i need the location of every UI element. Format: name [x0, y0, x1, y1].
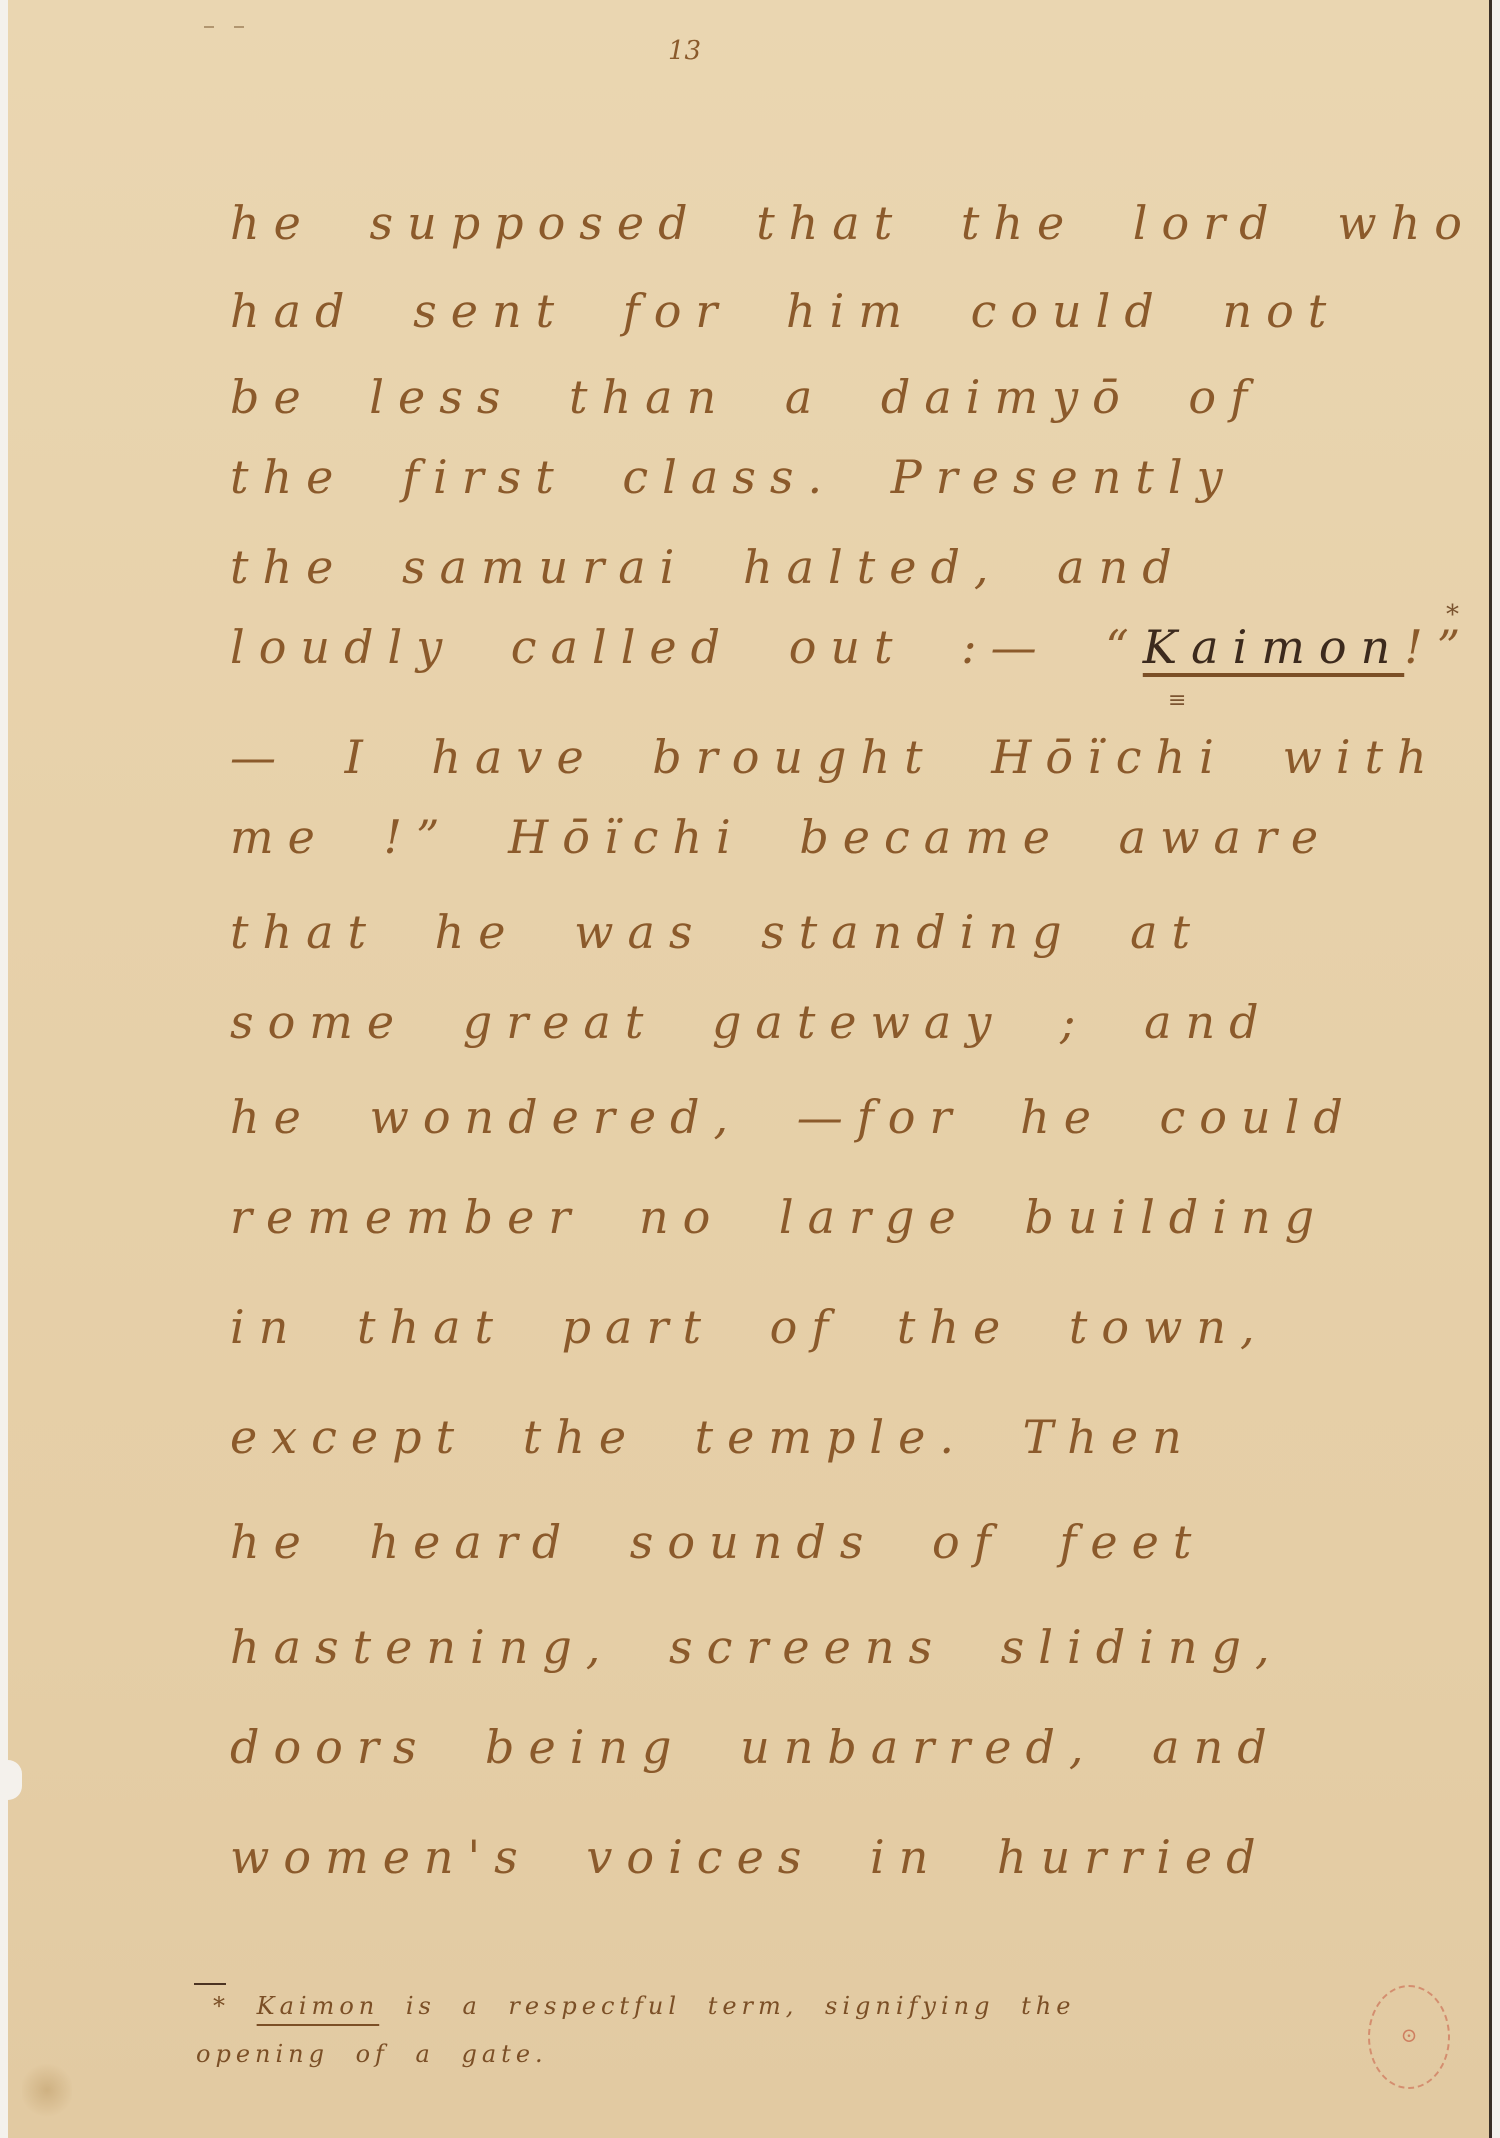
- text-line: the samurai halted, and: [230, 540, 1186, 594]
- text-line: that he was standing at: [230, 905, 1204, 959]
- text-line-kaimon: loudly called out :— “Kaimon!”: [230, 620, 1474, 674]
- text-line: in that part of the town,: [230, 1300, 1269, 1354]
- text-line: except the temple. Then: [230, 1410, 1196, 1464]
- text-line: — I have brought Hōïchi with: [230, 730, 1441, 784]
- footnote-rule: [194, 1983, 226, 1985]
- text-line: doors being unbarred, and: [230, 1720, 1281, 1774]
- text-line: he supposed that the lord who: [230, 196, 1476, 250]
- library-stamp: ⊙: [1368, 1985, 1450, 2089]
- text-line: be less than a daimyō of: [230, 370, 1261, 424]
- corner-mark: [204, 26, 214, 28]
- text-line: had sent for him could not: [230, 284, 1340, 338]
- paper-stain: [22, 2060, 72, 2120]
- text-line: the first class. Presently: [230, 450, 1237, 504]
- text-line: me !” Hōïchi became aware: [230, 810, 1332, 864]
- triple-underline-mark: ≡: [1168, 688, 1186, 713]
- text-line: some great gateway ; and: [230, 995, 1273, 1049]
- footnote-marker: *: [213, 1992, 230, 2020]
- footnote-text: is a respectful term, signifying the: [379, 1992, 1075, 2020]
- text-line: women's voices in hurried: [230, 1830, 1270, 1884]
- footnote-line-2: opening of a gate.: [196, 2040, 548, 2068]
- text-line: he heard sounds of feet: [230, 1515, 1205, 1569]
- manuscript-page: 13 he supposed that the lord who had sen…: [8, 0, 1492, 2138]
- text-line: remember no large building: [230, 1190, 1328, 1244]
- footnote-asterisk-mark: *: [1446, 600, 1459, 630]
- line-text-pre: loudly called out :— “: [230, 620, 1143, 674]
- line-text-post: !”: [1404, 620, 1474, 674]
- text-line: hastening, screens sliding,: [230, 1620, 1284, 1674]
- corner-mark: [234, 26, 244, 28]
- footnote-term: Kaimon: [257, 1992, 380, 2020]
- kaimon-term: Kaimon: [1143, 620, 1404, 674]
- page-number: 13: [668, 36, 701, 66]
- text-line: he wondered, —for he could: [230, 1090, 1357, 1144]
- footnote-line-1: * Kaimon is a respectful term, signifyin…: [213, 1992, 1075, 2020]
